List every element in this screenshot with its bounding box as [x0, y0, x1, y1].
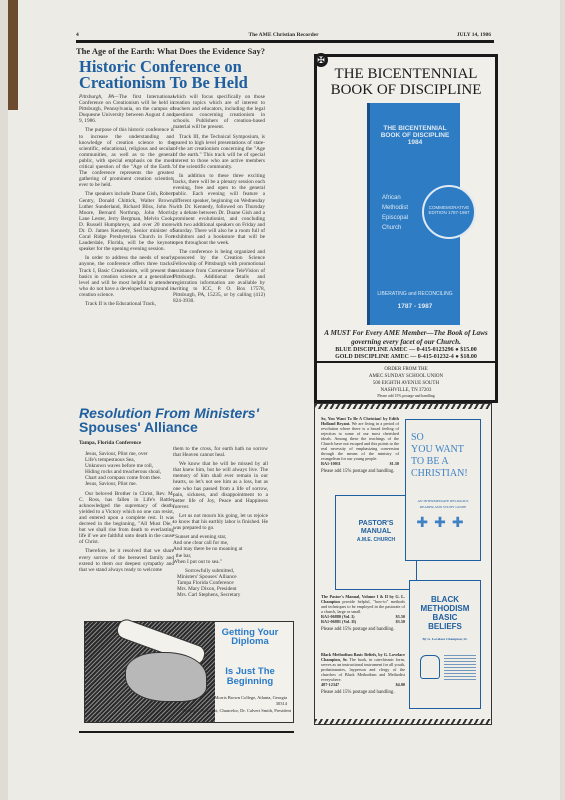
cross-icons: ✚✚✚: [406, 515, 480, 532]
poem-stanza: "Sunset and evening star,And one clear c…: [173, 534, 268, 564]
article-column-2: which will focus specifically on those c…: [173, 94, 265, 307]
article-kicker: The Age of the Earth: What Does the Evid…: [76, 46, 296, 56]
binding-edge: [8, 0, 18, 110]
resolution-dateline: Tampa, Florida Conference: [79, 440, 141, 446]
resolution-column-2: them to the cross, for earth hath no sor…: [173, 446, 268, 598]
article-paragraph: Track II is the Educational Track,: [79, 301, 174, 307]
hand-icon: [420, 655, 440, 679]
poem-stanza: Jesus, Saviour, Pilot me, overLife's tem…: [79, 451, 174, 488]
rope-border: [315, 404, 491, 409]
college-credit: Bishop F. H. Talbot, Chancelor, Dr. Calv…: [91, 708, 291, 714]
book-years: 1787 - 1987: [370, 303, 460, 310]
book-cover-image: THE BICENTENNIAL BOOK OF DISCIPLINE 1984…: [367, 103, 460, 325]
resolution-paragraph: Let us not mourn his going, let us rejoi…: [173, 513, 268, 531]
signoff: Mrs. Carl Stephens, Secretary: [173, 592, 268, 598]
article-paragraph: In order to address the needs of nearly …: [79, 255, 174, 298]
resolution-paragraph: Therefore, be it resolved that we share …: [79, 548, 174, 572]
methodism-listing: Black Methodism Basic Beliefs, by G. Lov…: [321, 652, 405, 695]
ad-tagline: A MUST For Every AME Member—The Book of …: [319, 329, 493, 347]
book-cover-org: African Methodist Episcopal Church: [382, 193, 408, 233]
contributors-list: [444, 655, 476, 681]
article-paragraph: The speakers include Duane Gish, Robert …: [79, 191, 174, 252]
article-paragraph: The conference is being organized and sp…: [173, 249, 265, 304]
resolution-paragraph: Our beloved Brother in Christ, Rev. M. C…: [79, 491, 174, 546]
article-headline: Historic Conference on Creationism To Be…: [79, 59, 299, 91]
diploma-slogan-1: Getting Your Diploma: [215, 628, 285, 646]
article-paragraph: Pittsburgh, PA—The first International C…: [79, 94, 174, 124]
issue-date: JULY 14, 1986: [457, 32, 491, 38]
article-paragraph: In addition to these three exciting trac…: [173, 173, 265, 246]
book-cover-title: THE BICENTENNIAL BOOK OF DISCIPLINE 1984: [374, 125, 456, 146]
ad-title: THE BICENTENNIAL BOOK OF DISCIPLINE: [317, 66, 495, 98]
article-paragraph: which will focus specifically on those c…: [173, 94, 265, 131]
resolution-paragraph: We know that he will be missed by all th…: [173, 461, 268, 510]
price-gold: GOLD DISCIPLINE AMEC — 0-415-01232-4 ● $…: [321, 354, 491, 360]
article-column-1: Pittsburgh, PA—The first International C…: [79, 94, 174, 310]
christian-book-listing: So, You Want To Be A Christian! by Edith…: [321, 416, 399, 474]
header-rule: [76, 40, 494, 43]
resolution-column-1: Jesus, Saviour, Pilot me, overLife's tem…: [79, 451, 174, 576]
article-paragraph: The purpose of this historic conference …: [79, 127, 174, 188]
diploma-advertisement: Getting Your Diploma Is Just The Beginni…: [84, 621, 294, 723]
hand-icon: [125, 652, 207, 702]
methodism-book-cover: BLACK METHODISM BASIC BELIEFS By G. Love…: [409, 580, 481, 709]
commemorative-seal-icon: COMMEMORATIVE EDITION 1787-1987: [422, 185, 476, 239]
order-info: ORDER FROM THE AMEC SUNDAY SCHOOL UNION …: [317, 361, 495, 399]
christian-book-cover: SO YOU WANT TO BE A CHRISTIAN! AN INTERM…: [405, 419, 481, 561]
bottom-rule: [79, 731, 294, 733]
book-motto: LIBERATING and RECONCILING: [370, 291, 460, 297]
pastors-manual-listing: The Pastor's Manual, Volume I & II by G.…: [321, 594, 405, 632]
books-advertisement: So, You Want To Be A Christian! by Edith…: [314, 403, 492, 725]
article-paragraph: Track III, the Technical Symposium, is g…: [173, 134, 265, 171]
diploma-slogan-2: Is Just The Beginning: [215, 667, 285, 687]
rope-border: [315, 719, 491, 724]
newspaper-page: 4 The AME Christian Recorder JULY 14, 19…: [8, 0, 560, 800]
college-address: Morris Brown College, Atlanta, Georgia 3…: [207, 695, 287, 706]
resolution-headline: Resolution From Ministers' Spouses' Alli…: [79, 406, 304, 434]
ame-emblem-icon: ✠: [314, 53, 328, 67]
discipline-advertisement: ✠ THE BICENTENNIAL BOOK OF DISCIPLINE TH…: [314, 54, 498, 403]
masthead: The AME Christian Recorder: [76, 32, 491, 38]
resolution-paragraph: them to the cross, for earth hath no sor…: [173, 446, 268, 458]
price-blue: BLUE DISCIPLINE AMEC — 0-415-0123296 ● $…: [321, 347, 491, 353]
